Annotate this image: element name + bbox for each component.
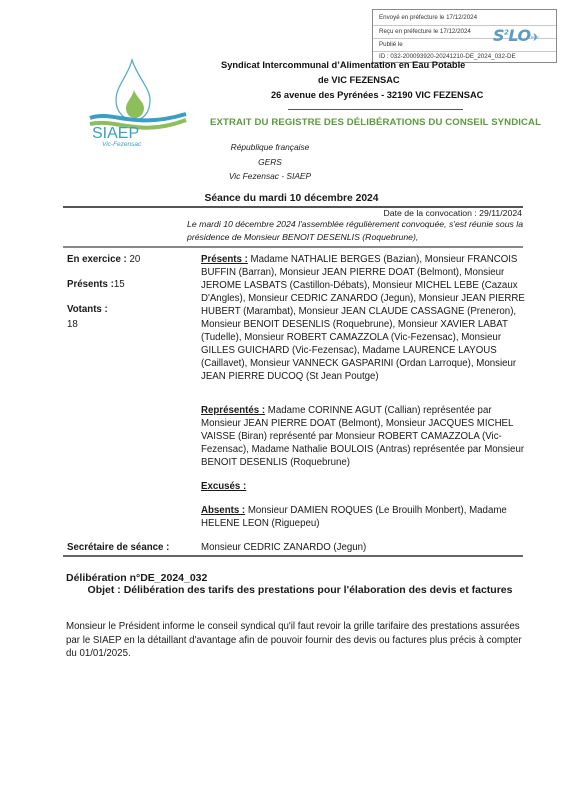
stamp-envoye: Envoyé en préfecture le 17/12/2024 xyxy=(379,14,477,21)
deliberation-body: Monsieur le Président informe le conseil… xyxy=(66,620,526,661)
logo-text: SIAEP xyxy=(92,125,139,142)
assemblee-text: Le mardi 10 décembre 2024 l'assemblée ré… xyxy=(187,218,527,243)
presents-heading: Présents : xyxy=(201,254,248,265)
divider xyxy=(63,555,523,557)
votants-value: 18 xyxy=(67,319,78,330)
presents-list: Présents : Madame NATHALIE BERGES (Bazia… xyxy=(201,253,526,383)
secretaire-label: Secrétaire de séance : xyxy=(67,542,169,553)
prefecture-stamp: Envoyé en préfecture le 17/12/2024 Reçu … xyxy=(372,9,557,63)
departement-line: GERS xyxy=(210,157,330,167)
excuses-list: Excusés : xyxy=(201,480,526,493)
representes-list: Représentés : Madame CORINNE AGUT (Calli… xyxy=(201,404,526,469)
header-address: 26 avenue des Pyrénées - 32190 VIC FEZEN… xyxy=(271,90,483,100)
leaf-drop-icon xyxy=(126,90,144,118)
siaep-logo: SIAEP Vic-Fezensac xyxy=(88,58,188,148)
en-exercice-count: En exercice : 20 xyxy=(67,254,140,265)
absents-heading: Absents : xyxy=(201,505,245,516)
stamp-recu: Reçu en préfecture le 17/12/2024 xyxy=(379,28,471,35)
secretaire-value: Monsieur CEDRIC ZANARDO (Jegun) xyxy=(201,542,366,553)
deliberation-objet: Objet : Délibération des tarifs des pres… xyxy=(80,584,520,597)
svg-text:Vic-Fezensac: Vic-Fezensac xyxy=(102,141,142,148)
seance-title: Séance du mardi 10 décembre 2024 xyxy=(0,193,565,204)
excuses-heading: Excusés : xyxy=(201,481,246,492)
divider xyxy=(63,246,523,248)
absents-list: Absents : Monsieur DAMIEN ROQUES (Le Bro… xyxy=(201,504,526,530)
header-divider xyxy=(288,109,463,110)
votants-label: Votants : xyxy=(67,304,108,315)
s2low-logo: S2LO✈ xyxy=(493,26,539,45)
header-line-2: de VIC FEZENSAC xyxy=(318,75,400,85)
s2low-swoosh-icon: ✈ xyxy=(531,31,540,44)
header-line-1: Syndicat Intercommunal d’Alimentation en… xyxy=(221,60,465,70)
representes-heading: Représentés : xyxy=(201,405,265,416)
collectivite-line: Vic Fezensac - SIAEP xyxy=(210,171,330,181)
presents-count: Présents :15 xyxy=(67,279,125,290)
republique-line: République française xyxy=(210,142,330,152)
stamp-publie: Publié le xyxy=(379,41,403,48)
stamp-id: ID : 032-200093920-20241210-DE_2024_032-… xyxy=(379,53,516,60)
extrait-title: EXTRAIT DU REGISTRE DES DÉLIBÉRATIONS DU… xyxy=(210,117,541,128)
deliberation-number: Délibération n°DE_2024_032 xyxy=(66,572,207,584)
convocation-date: Date de la convocation : 29/11/2024 xyxy=(384,208,522,218)
